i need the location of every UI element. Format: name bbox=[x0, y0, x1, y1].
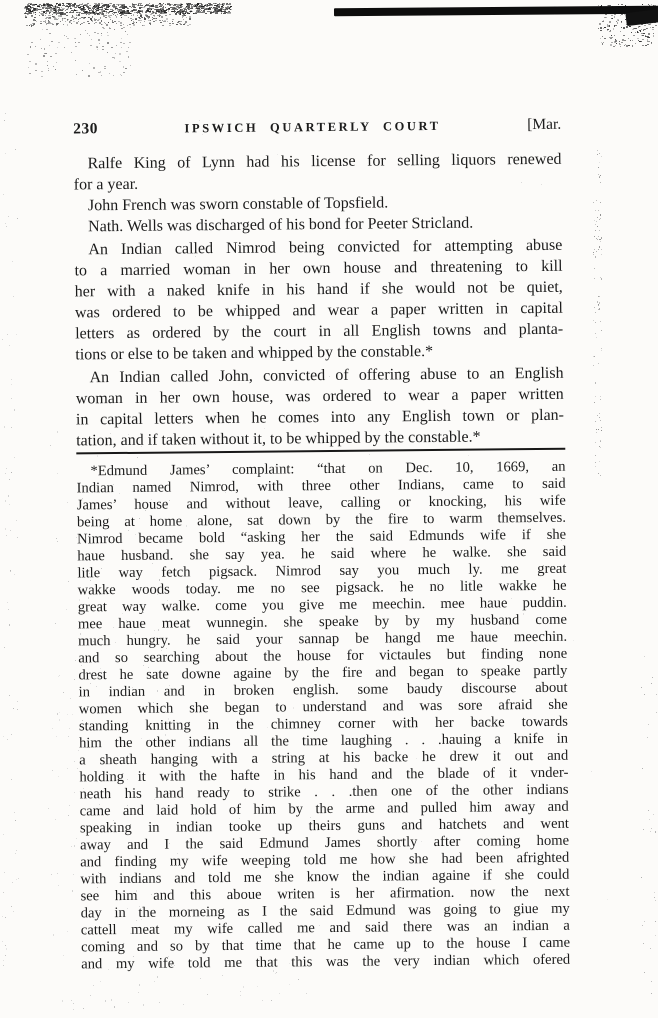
noise-speck bbox=[3, 960, 4, 961]
text-line: tions or else to be taken and whipped by… bbox=[75, 340, 563, 366]
month-marker: [Mar. bbox=[527, 116, 561, 134]
page-header: 230 IPSWICH QUARTERLY COURT [Mar. bbox=[73, 116, 561, 139]
noise-speck bbox=[2, 941, 3, 942]
scanned-book-page: 230 IPSWICH QUARTERLY COURT [Mar. Ralfe … bbox=[0, 0, 658, 1018]
noise-speck bbox=[3, 965, 4, 966]
text-line: and my wife told me that this was the ve… bbox=[81, 952, 570, 974]
noise-speck bbox=[655, 25, 657, 26]
running-title: IPSWICH QUARTERLY COURT bbox=[98, 118, 527, 137]
page-number: 230 bbox=[73, 120, 98, 138]
page-content: 230 IPSWICH QUARTERLY COURT [Mar. Ralfe … bbox=[0, 0, 658, 1018]
footnote-block: *Edmund James’ complaint: “that on Dec. … bbox=[76, 459, 570, 974]
main-text-block: Ralfe King of Lynn had his license for s… bbox=[73, 149, 564, 452]
noise-speck bbox=[2, 916, 3, 917]
text-line: Nath. Wells was discharged of his bond f… bbox=[74, 212, 562, 238]
